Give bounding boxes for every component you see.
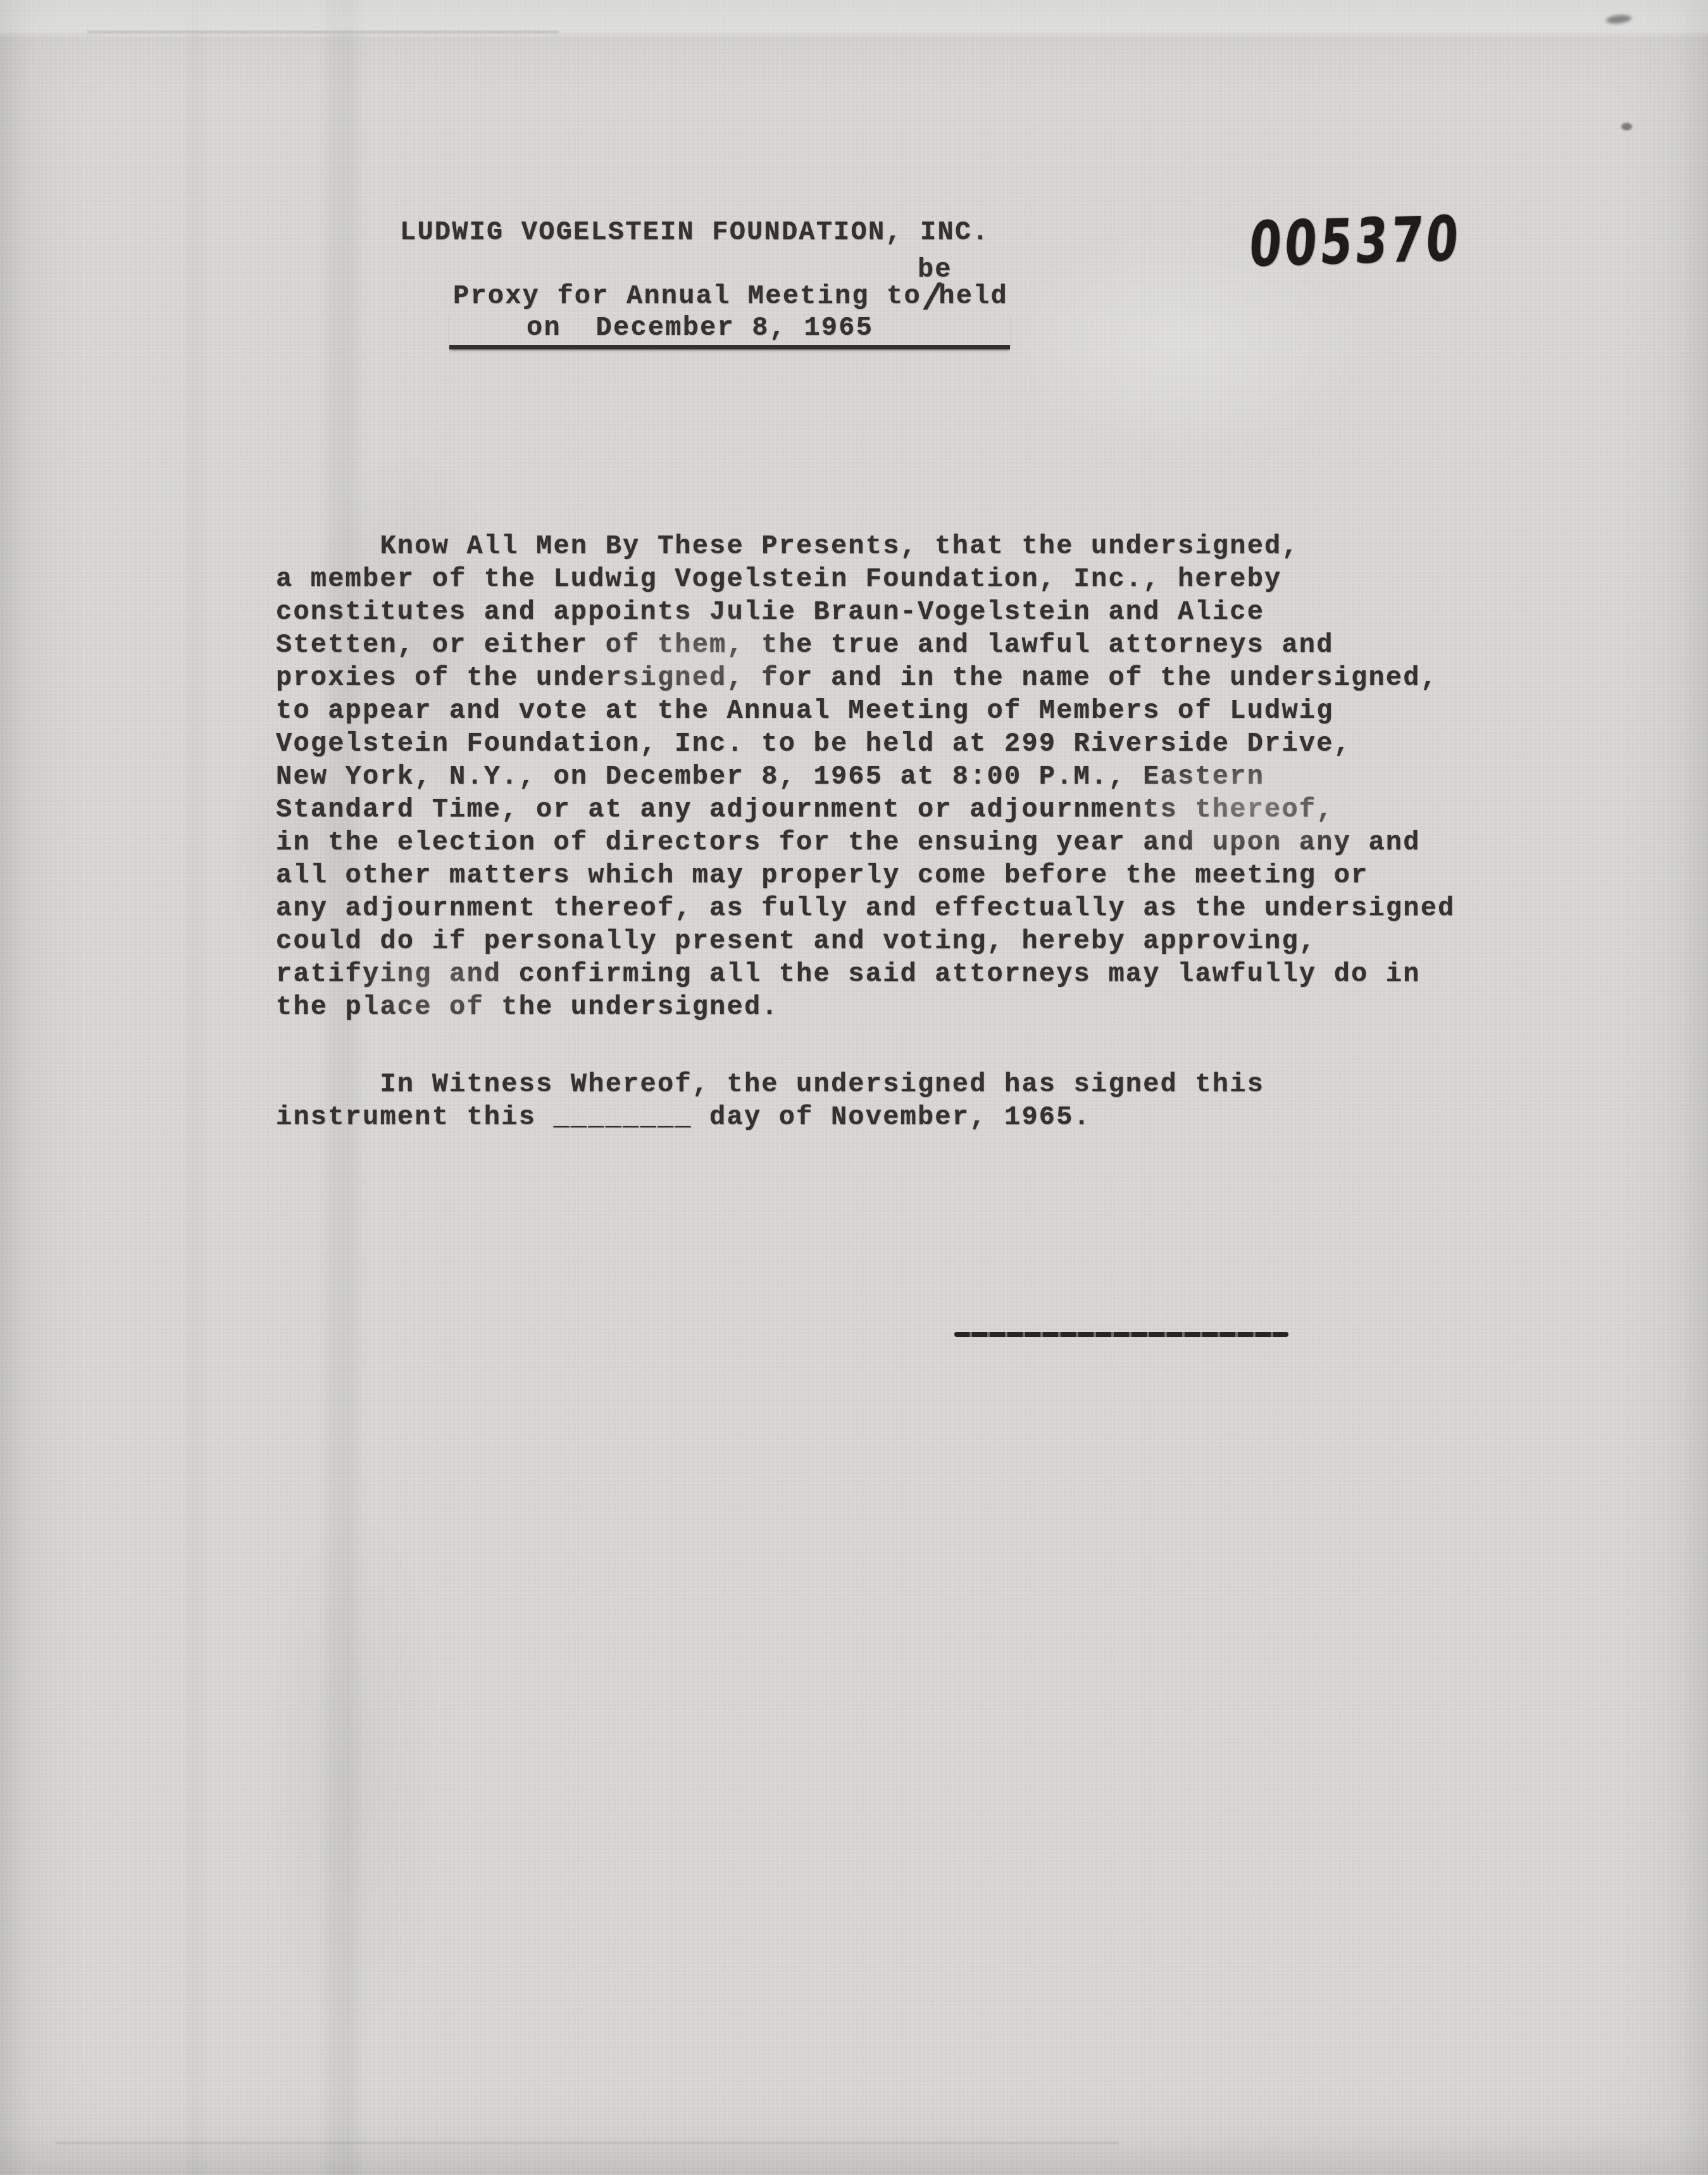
- caret-slash-mark: /: [921, 287, 938, 313]
- scanned-proxy-document: 005370 LUDWIG VOGELSTEIN FOUNDATION, INC…: [0, 0, 1708, 2175]
- meeting-date-text: on December 8, 1965: [527, 313, 873, 343]
- paper-edge-shadow-top: [87, 31, 559, 33]
- witness-paragraph: In Witness Whereof, the undersigned has …: [276, 1068, 1264, 1134]
- signature-line: [954, 1332, 1288, 1337]
- inserted-word: be: [918, 256, 952, 283]
- subtitle-text-pre: Proxy for Annual Meeting to: [453, 281, 921, 311]
- ink-smudge: [1621, 123, 1632, 130]
- paper-edge-shadow-bottom: [56, 2142, 1119, 2144]
- ink-smudge: [1605, 14, 1631, 25]
- typed-insertion: be/: [921, 280, 938, 313]
- meeting-date-line: on December 8, 1965: [449, 314, 1010, 349]
- subtitle-text-post: held: [938, 281, 1008, 311]
- document-title: LUDWIG VOGELSTEIN FOUNDATION, INC.: [400, 216, 990, 249]
- proxy-body-paragraph: Know All Men By These Presents, that the…: [276, 530, 1455, 1024]
- document-subtitle: Proxy for Annual Meeting tobe/held: [453, 280, 1008, 313]
- stamp-number: 005370: [1247, 208, 1464, 276]
